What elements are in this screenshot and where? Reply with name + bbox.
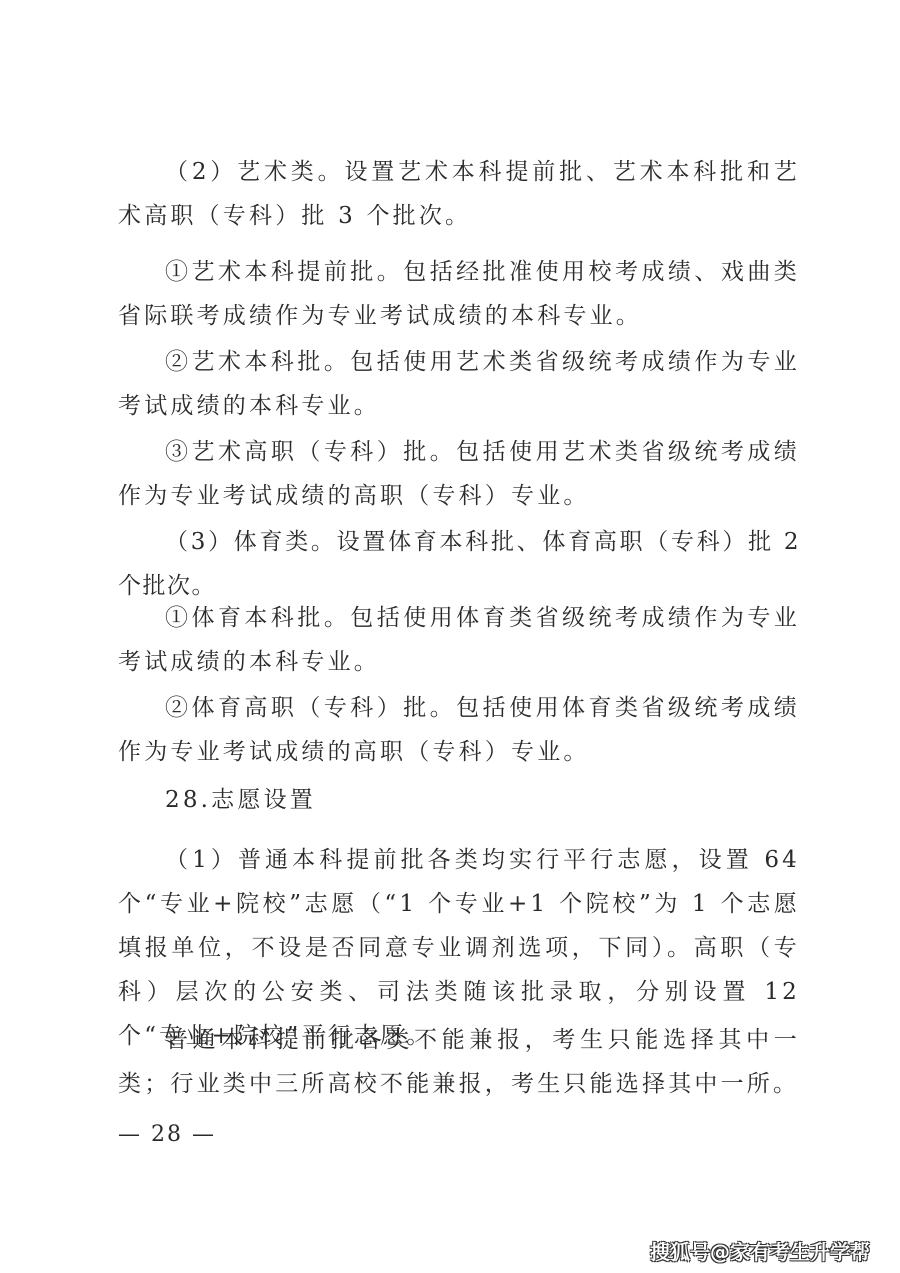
page-number: — 28 — — [118, 1122, 216, 1147]
paragraph-art-category: （2）艺术类。设置艺术本科提前批、艺术本科批和艺术高职（专科）批 3 个批次。 — [118, 150, 800, 238]
section-heading-volunteer-settings: 28.志愿设置 — [118, 778, 800, 822]
watermark: 搜狐号@家有考生升学帮 — [650, 1236, 870, 1265]
paragraph-sports-category: （3）体育类。设置体育本科批、体育高职（专科）批 2 个批次。 — [118, 520, 800, 608]
paragraph-sports-vocational-batch: ②体育高职（专科）批。包括使用体育类省级统考成绩作为专业考试成绩的高职（专科）专… — [118, 686, 800, 774]
paragraph-art-early-batch: ①艺术本科提前批。包括经批准使用校考成绩、戏曲类省际联考成绩作为专业考试成绩的本… — [118, 250, 800, 338]
paragraph-sports-undergrad-batch: ①体育本科批。包括使用体育类省级统考成绩作为专业考试成绩的本科专业。 — [118, 596, 800, 684]
paragraph-art-vocational-batch: ③艺术高职（专科）批。包括使用艺术类省级统考成绩作为专业考试成绩的高职（专科）专… — [118, 430, 800, 518]
paragraph-no-concurrent-application: 普通本科提前批各类不能兼报，考生只能选择其中一类；行业类中三所高校不能兼报，考生… — [118, 1018, 800, 1106]
paragraph-art-undergrad-batch: ②艺术本科批。包括使用艺术类省级统考成绩作为专业考试成绩的本科专业。 — [118, 340, 800, 428]
